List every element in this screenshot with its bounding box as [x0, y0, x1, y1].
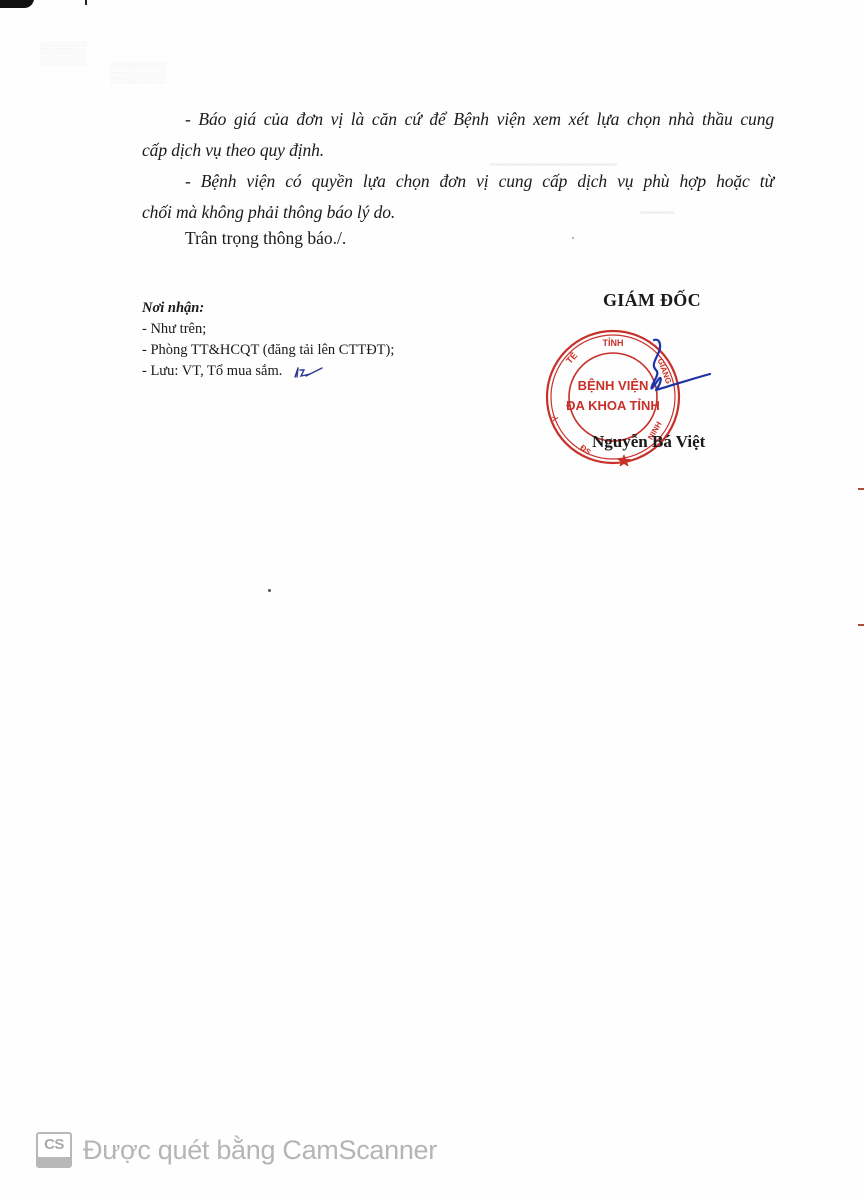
svg-text:Y: Y [551, 414, 561, 421]
closing-remark: Trân trọng thông báo./. [185, 228, 346, 249]
recipient-item: - Phòng TT&HCQT (đăng tải lên CTTĐT); [142, 340, 394, 361]
recipient-item: - Như trên; [142, 319, 394, 340]
svg-text:BỆNH VIỆN: BỆNH VIỆN [578, 378, 649, 393]
handwritten-initials-icon [292, 364, 334, 380]
scan-edge-mark [858, 488, 864, 490]
scanned-document-page: ▒▒▒ ▒▒▒▒ ▁▁▁▁▁▁▁▁▁▁▁ ▁▁▁ - Báo giá của đ… [0, 0, 864, 1200]
recipient-item: - Lưu: VT, Tổ mua sắm. [142, 361, 394, 382]
handwritten-signature-icon [640, 336, 712, 408]
scan-edge-tick [85, 0, 87, 5]
recipients-label: Nơi nhận: [142, 298, 394, 319]
bleed-through-mark: ▒▒▒▒ [110, 62, 167, 85]
camscanner-icon: CS [36, 1132, 72, 1168]
scan-speck [572, 237, 574, 239]
camscanner-icon-bar [38, 1157, 70, 1166]
paragraph-line: - Bệnh viện có quyền lựa chọn đơn vị cun… [142, 166, 774, 197]
svg-text:TẾ: TẾ [564, 350, 579, 365]
paragraph-quotation-basis: - Báo giá của đơn vị là căn cứ để Bệnh v… [142, 104, 774, 166]
scan-edge-mark [858, 624, 864, 626]
scan-speck [268, 589, 271, 592]
bleed-through-mark: ▒▒▒ [40, 40, 87, 66]
paragraph-hospital-rights: - Bệnh viện có quyền lựa chọn đơn vị cun… [142, 166, 774, 228]
svg-text:TỈNH: TỈNH [603, 337, 624, 348]
camscanner-watermark-text: Được quét bằng CamScanner [83, 1135, 437, 1166]
scan-edge-mark [0, 0, 34, 8]
paragraph-line: - Báo giá của đơn vị là căn cứ để Bệnh v… [142, 104, 774, 135]
signer-title: GIÁM ĐỐC [603, 290, 701, 311]
paragraph-line: cấp dịch vụ theo quy định. [142, 135, 774, 166]
camscanner-watermark: CS Được quét bằng CamScanner [36, 1132, 437, 1168]
signer-name: Nguyễn Bá Việt [592, 432, 705, 452]
recipient-item-text: - Lưu: VT, Tổ mua sắm. [142, 363, 282, 379]
paragraph-line: chối mà không phải thông báo lý do. [142, 197, 774, 228]
camscanner-icon-label: CS [38, 1136, 70, 1153]
recipients-block: Nơi nhận: - Như trên; - Phòng TT&HCQT (đ… [142, 298, 394, 382]
